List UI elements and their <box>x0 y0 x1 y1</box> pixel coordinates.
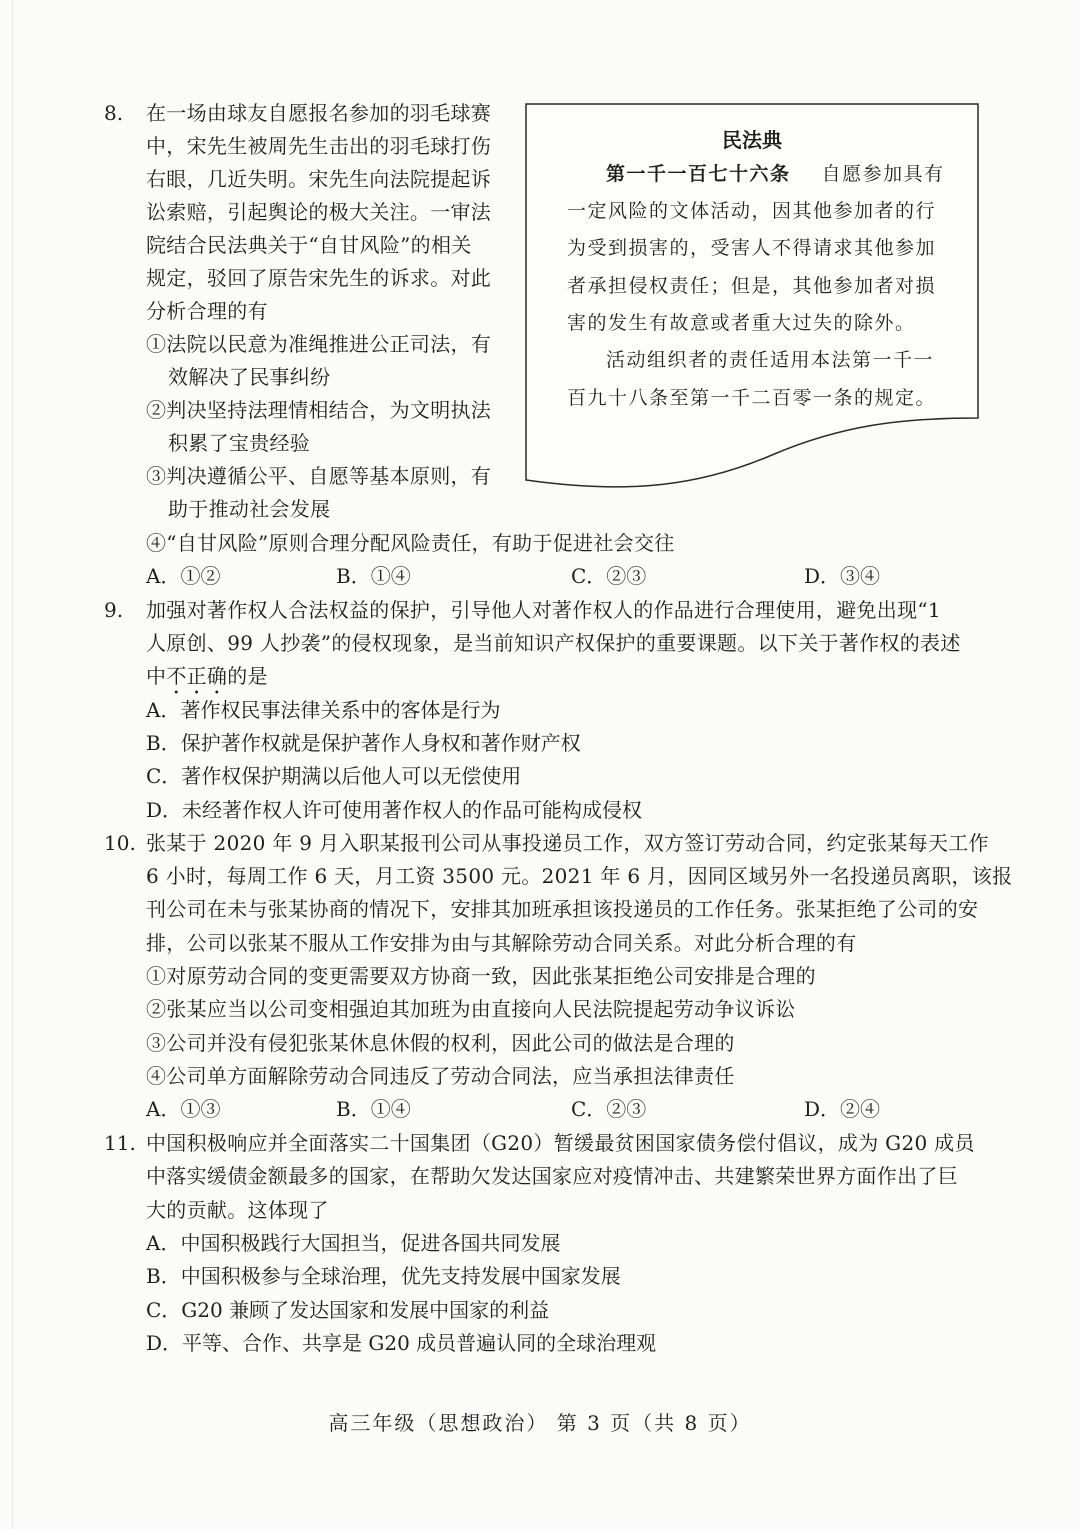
choice-d[interactable]: D．未经著作权人许可使用著作权人的作品可能构成侵权 <box>146 794 642 827</box>
question-stem-line: 院结合民法典关于“自甘风险”的相关 <box>146 229 472 262</box>
civil-code-line: 活动组织者的责任适用本法第一千一 <box>606 342 934 379</box>
question-stem-line: 中，宋先生被周先生击出的羽毛球打伤 <box>146 130 491 163</box>
choice-b[interactable]: B．中国积极参与全球治理，优先支持发展中国家发展 <box>146 1260 621 1293</box>
statement-2: ②张某应当以公司变相强迫其加班为由直接向人民法院提起劳动争议诉讼 <box>146 993 796 1026</box>
question-number: 11. <box>104 1127 136 1160</box>
choice-c[interactable]: C．②③ <box>571 560 646 593</box>
stem-text: 中 <box>146 664 166 688</box>
statement-3: ③判决遵循公平、自愿等基本原则，有 <box>146 460 491 493</box>
question-number: 8. <box>104 97 123 130</box>
question-stem-line: 刊公司在未与张某协商的情况下，安排其加班承担该投递员的工作任务。张某拒绝了公司的… <box>146 893 978 926</box>
choice-a[interactable]: A．①③ <box>146 1093 220 1126</box>
choice-b[interactable]: B．①④ <box>336 1093 411 1126</box>
civil-code-title: 民法典 <box>522 124 982 153</box>
question-stem-line: 右眼，几近失明。宋先生向法院提起诉 <box>146 163 491 196</box>
civil-code-line: 百九十八条至第一千二百零一条的规定。 <box>567 380 936 417</box>
article-text-start: 自愿参加具有 <box>822 163 945 185</box>
question-stem-line: 张某于 2020 年 9 月入职某报刊公司从事投递员工作，双方签订劳动合同，约定… <box>146 827 989 860</box>
choice-d[interactable]: D．②④ <box>804 1093 880 1126</box>
statement-3: ③公司并没有侵犯张某休息休假的权利，因此公司的做法是合理的 <box>146 1027 735 1060</box>
question-stem-line: 大的贡献。这体现了 <box>146 1194 329 1227</box>
statement-2-cont: 积累了宝贵经验 <box>168 427 310 460</box>
statement-4: ④公司单方面解除劳动合同违反了劳动合同法，应当承担法律责任 <box>146 1060 735 1093</box>
question-number: 9. <box>104 594 123 627</box>
choice-d[interactable]: D．③④ <box>804 560 880 593</box>
statement-4: ④“自甘风险”原则合理分配风险责任，有助于促进社会交往 <box>146 527 675 560</box>
question-stem-line: 人原创、99 人抄袭”的侵权现象，是当前知识产权保护的重要课题。以下关于著作权的… <box>146 627 961 660</box>
scan-margin-line <box>12 0 13 1529</box>
choice-b[interactable]: B．保护著作权就是保护著作人身权和著作财产权 <box>146 727 581 760</box>
question-number: 10. <box>104 827 136 860</box>
question-stem-line: 中国积极响应并全面落实二十国集团（G20）暂缓最贫困国家债务偿付倡议，成为 G2… <box>146 1127 975 1160</box>
civil-code-line: 为受到损害的，受害人不得请求其他参加 <box>567 230 936 267</box>
statement-1: ①法院以民意为准绳推进公正司法，有 <box>146 328 491 361</box>
choice-d[interactable]: D．平等、合作、共享是 G20 成员普遍认同的全球治理观 <box>146 1327 656 1360</box>
question-stem-line: 在一场由球友自愿报名参加的羽毛球赛 <box>146 97 491 130</box>
statement-1: ①对原劳动合同的变更需要双方协商一致，因此张某拒绝公司安排是合理的 <box>146 960 816 993</box>
statement-1-cont: 效解决了民事纠纷 <box>168 361 330 394</box>
civil-code-line: 者承担侵权责任；但是，其他参加者对损 <box>567 268 936 305</box>
exam-page: 8. 在一场由球友自愿报名参加的羽毛球赛 中，宋先生被周先生击出的羽毛球打伤 右… <box>0 0 1080 1529</box>
civil-code-line: 一定风险的文体活动，因其他参加者的行 <box>567 193 936 230</box>
page-footer: 高三年级（思想政治） 第 3 页（共 8 页） <box>0 1407 1080 1436</box>
choice-a[interactable]: A．著作权民事法律关系中的客体是行为 <box>146 694 500 727</box>
question-stem-line: 6 小时，每周工作 6 天，月工资 3500 元。2021 年 6 月，因同区域… <box>146 860 1012 893</box>
question-stem-line: 讼索赔，引起舆论的极大关注。一审法 <box>146 196 491 229</box>
question-stem-line: 规定，驳回了原告宋先生的诉求。对此 <box>146 262 491 295</box>
question-stem-line: 中落实缓债金额最多的国家，在帮助欠发达国家应对疫情冲击、共建繁荣世界方面作出了巨 <box>146 1160 958 1193</box>
article-label: 第一千一百七十六条 <box>606 163 791 185</box>
statement-2: ②判决坚持法理情相结合，为文明执法 <box>146 394 491 427</box>
statement-3-cont: 助于推动社会发展 <box>168 493 330 526</box>
choice-c[interactable]: C．著作权保护期满以后他人可以无偿使用 <box>146 760 521 793</box>
choice-a[interactable]: A．①② <box>146 560 220 593</box>
question-stem-line: 分析合理的有 <box>146 295 268 328</box>
civil-code-line: 害的发生有故意或者重大过失的除外。 <box>567 305 916 342</box>
choice-c[interactable]: C．G20 兼顾了发达国家和发展中国家的利益 <box>146 1294 549 1327</box>
civil-code-line: 第一千一百七十六条 自愿参加具有 <box>606 156 945 193</box>
emphasized-not-correct: 不正确 <box>166 664 227 688</box>
choice-b[interactable]: B．①④ <box>336 560 411 593</box>
stem-text: 的是 <box>227 664 268 688</box>
question-stem-line: 加强对著作权人合法权益的保护，引导他人对著作权人的作品进行合理使用，避免出现“1 <box>146 594 941 627</box>
choice-c[interactable]: C．②③ <box>571 1093 646 1126</box>
question-stem-line: 排，公司以张某不服从工作安排为由与其解除劳动合同关系。对此分析合理的有 <box>146 927 857 960</box>
choice-a[interactable]: A．中国积极践行大国担当，促进各国共同发展 <box>146 1227 560 1260</box>
